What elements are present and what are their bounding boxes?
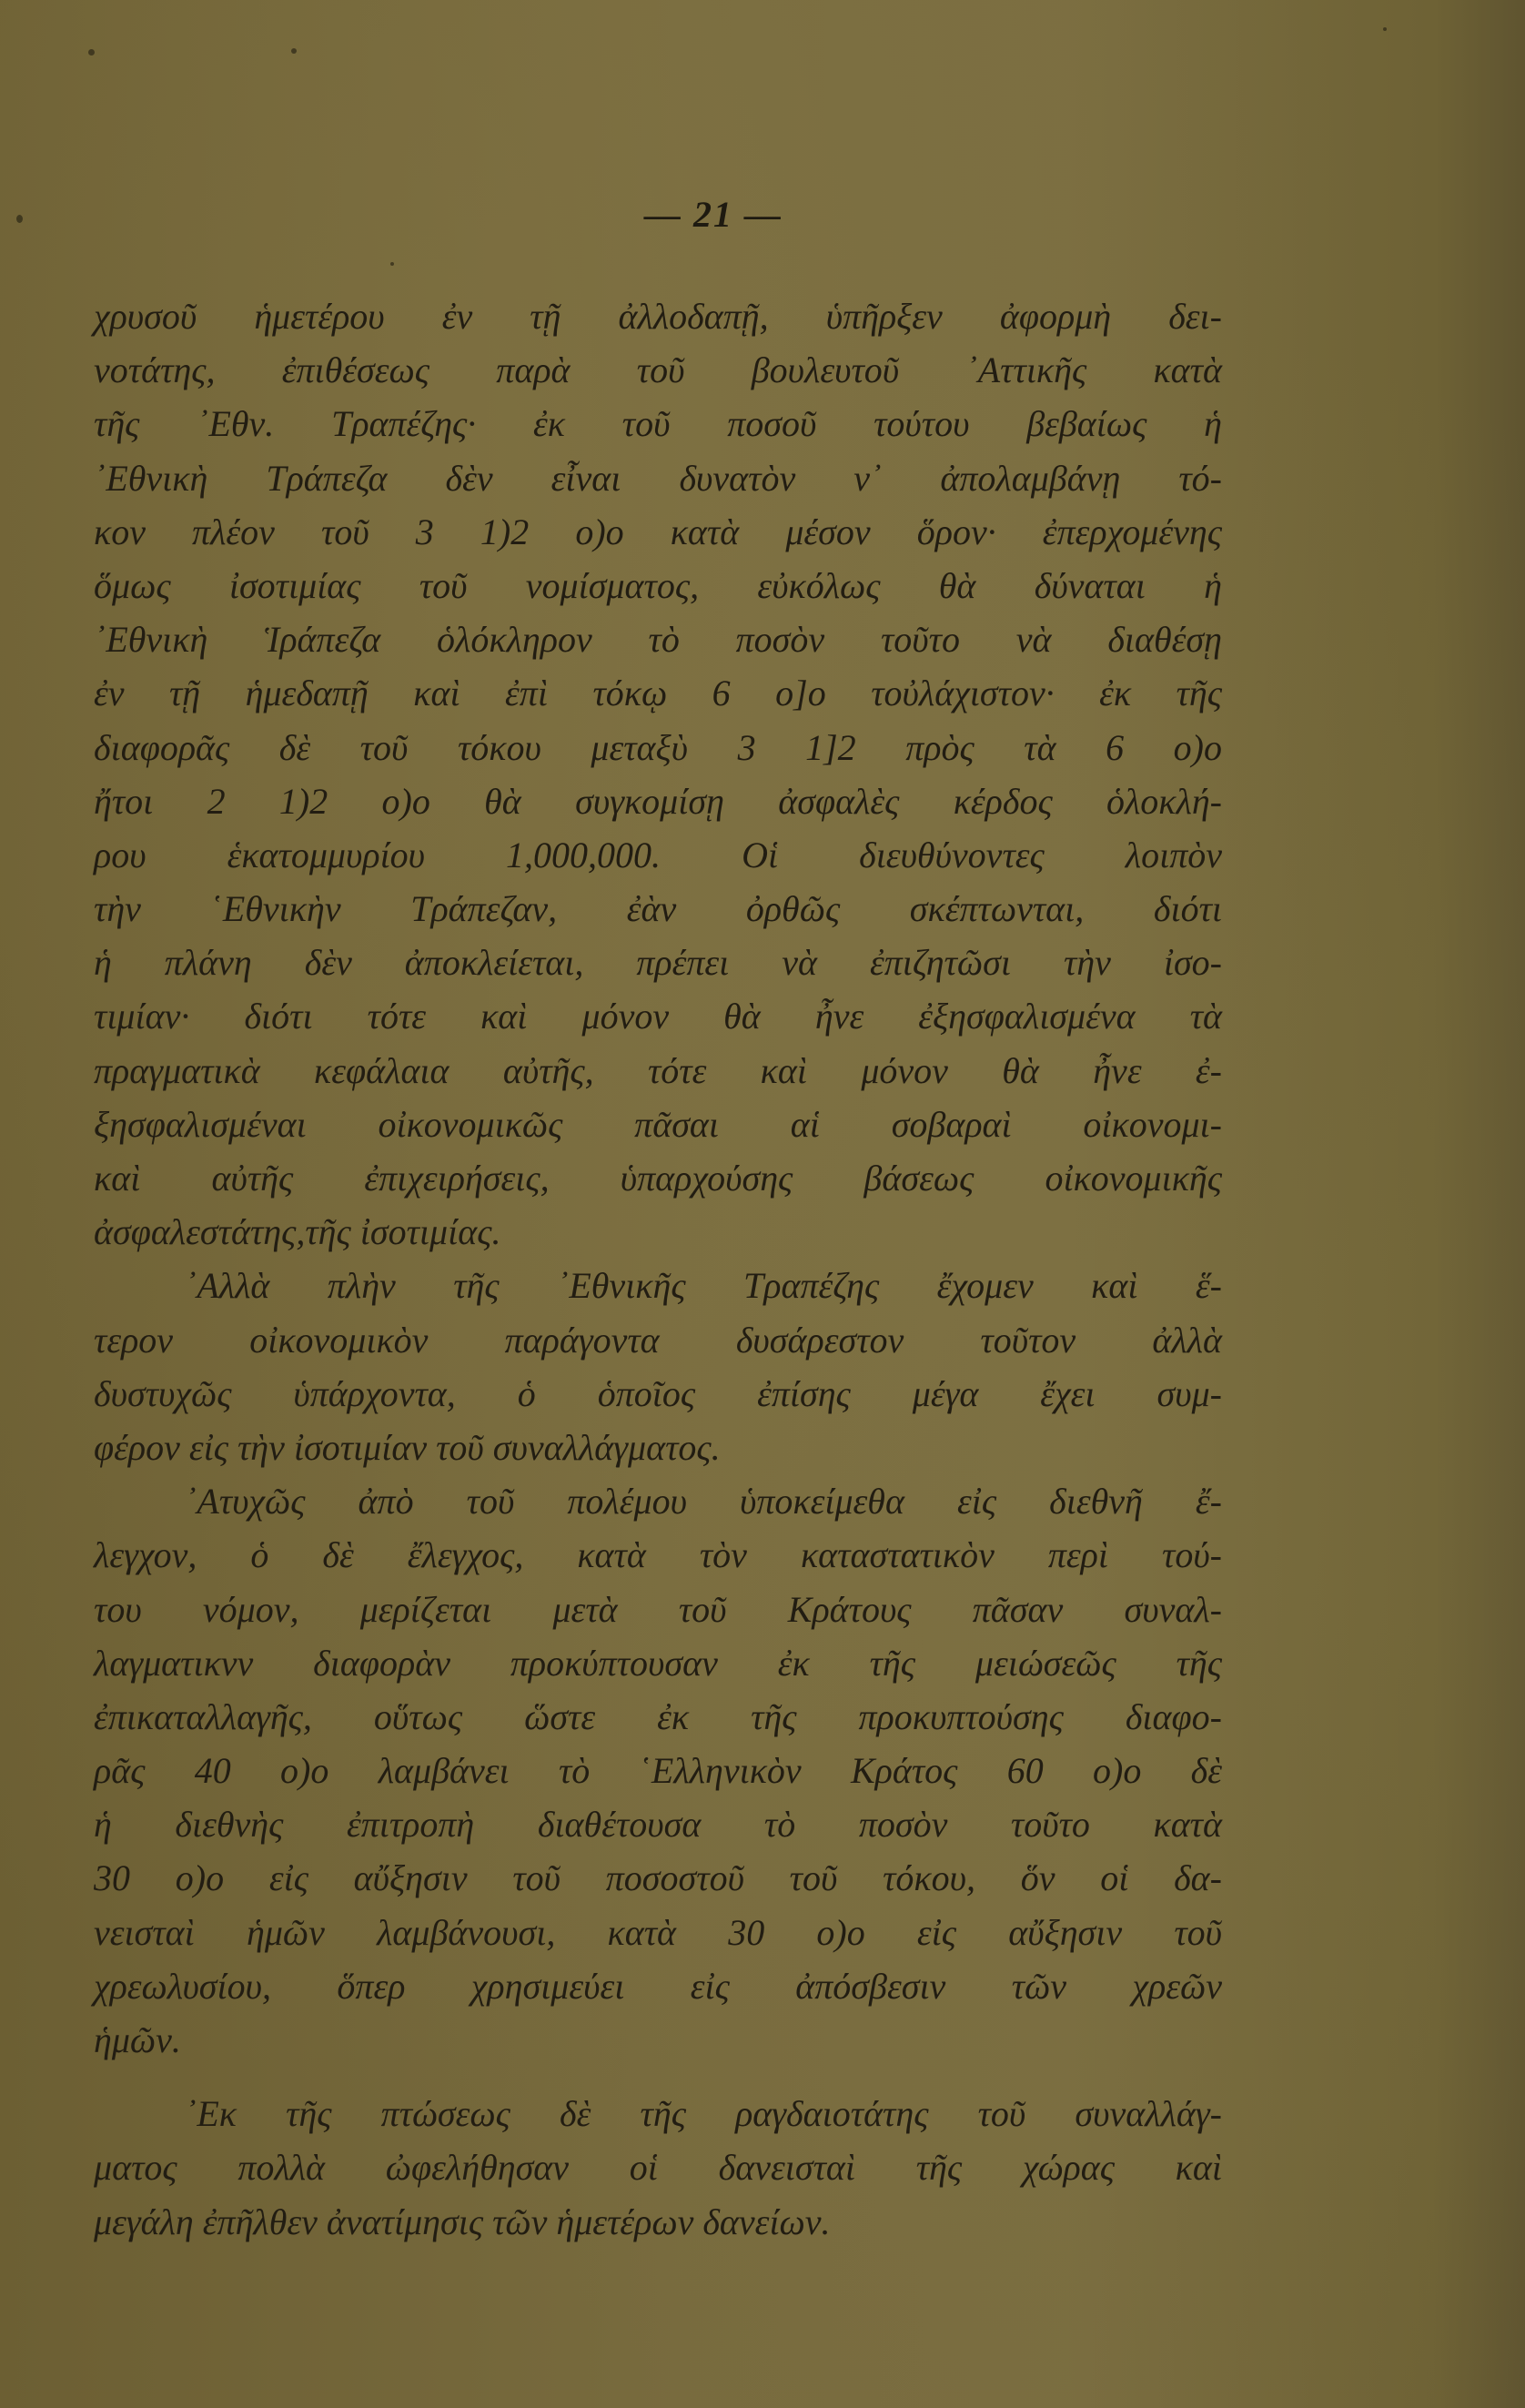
text-line: ἡμῶν. bbox=[94, 2013, 1222, 2067]
text-line: ᾿Ατυχῶς ἀπὸ τοῦ πολέμου ὑποκείμεθα εἰς δ… bbox=[94, 1474, 1222, 1528]
text-line: δυστυχῶς ὑπάρχοντα, ὁ ὁποῖος ἐπίσης μέγα… bbox=[94, 1367, 1222, 1421]
text-line: ἐπικαταλλαγῆς, οὕτως ὥστε ἐκ τῆς προκυπτ… bbox=[94, 1690, 1222, 1744]
text-line: ρᾶς 40 ο)ο λαμβάνει τὸ ῾Ελληνικὸν Κράτος… bbox=[94, 1744, 1222, 1797]
text-line: λεγχον, ὁ δὲ ἔλεγχος, κατὰ τὸν καταστατι… bbox=[94, 1528, 1222, 1582]
text-line: τὴν ῾Εθνικὴν Τράπεζαν, ἐὰν ὀρθῶς σκέπτων… bbox=[94, 882, 1222, 936]
text-line: ἤτοι 2 1)2 ο)ο θὰ συγκομίσῃ ἀσφαλὲς κέρδ… bbox=[94, 774, 1222, 828]
page-number: — 21 — bbox=[0, 193, 1427, 236]
text-line: ᾿Εθνικὴ Ἱράπεζα ὁλόκληρον τὸ ποσὸν τοῦτο… bbox=[94, 612, 1222, 666]
text-line: ρου ἑκατομμυρίου 1,000,000. Οἱ διευθύνον… bbox=[94, 828, 1222, 882]
text-line: κον πλέον τοῦ 3 1)2 ο)ο κατὰ μέσον ὅρον·… bbox=[94, 505, 1222, 559]
paragraph-2: ᾿Αλλὰ πλὴν τῆς ᾿Εθνικῆς Τραπέζης ἔχομεν … bbox=[94, 1259, 1222, 1474]
paragraph-3: ᾿Ατυχῶς ἀπὸ τοῦ πολέμου ὑποκείμεθα εἰς δ… bbox=[94, 1474, 1222, 2067]
text-line: νοτάτης, ἐπιθέσεως παρὰ τοῦ βουλευτοῦ ᾿Α… bbox=[94, 343, 1222, 397]
text-line: 30 ο)ο εἰς αὔξησιν τοῦ ποσοστοῦ τοῦ τόκο… bbox=[94, 1851, 1222, 1905]
text-line: ὅμως ἰσοτιμίας τοῦ νομίσματος, εὐκόλως θ… bbox=[94, 559, 1222, 612]
paper-speck bbox=[390, 262, 394, 266]
text-line: ξησφαλισμέναι οἰκονομικῶς πᾶσαι αἱ σοβαρ… bbox=[94, 1098, 1222, 1151]
text-line: μεγάλη ἐπῆλθεν ἀνατίμησις τῶν ἡμετέρων δ… bbox=[94, 2195, 1222, 2249]
text-line: χρυσοῦ ἡμετέρου ἐν τῇ ἀλλοδαπῇ, ὑπῆρξεν … bbox=[94, 289, 1222, 343]
text-line: νεισταὶ ἡμῶν λαμβάνουσι, κατὰ 30 ο)ο εἰς… bbox=[94, 1906, 1222, 1959]
paragraph-4: ᾿Εκ τῆς πτώσεως δὲ τῆς ραγδαιοτάτης τοῦ … bbox=[94, 2087, 1222, 2249]
text-line: τῆς ᾿Εθν. Τραπέζης· ἐκ τοῦ ποσοῦ τούτου … bbox=[94, 397, 1222, 450]
text-line: ἀσφαλεστάτης,τῆς ἰσοτιμίας. bbox=[94, 1205, 1222, 1259]
text-line: ἡ διεθνὴς ἐπιτροπὴ διαθέτουσα τὸ ποσὸν τ… bbox=[94, 1797, 1222, 1851]
text-line: πραγματικὰ κεφάλαια αὐτῆς, τότε καὶ μόνο… bbox=[94, 1044, 1222, 1098]
text-line: ᾿Αλλὰ πλὴν τῆς ᾿Εθνικῆς Τραπέζης ἔχομεν … bbox=[94, 1259, 1222, 1312]
text-line: λαγματικνν διαφορὰν προκύπτουσαν ἐκ τῆς … bbox=[94, 1636, 1222, 1690]
scanned-book-page: — 21 — χρυσοῦ ἡμετέρου ἐν τῇ ἀλλοδαπῇ, ὑ… bbox=[0, 0, 1525, 2408]
paper-speck bbox=[88, 49, 95, 56]
text-line: ἐν τῇ ἡμεδαπῇ καὶ ἐπὶ τόκῳ 6 ο]ο τοὐλάχι… bbox=[94, 666, 1222, 720]
text-line: φέρον εἰς τὴν ἰσοτιμίαν τοῦ συναλλάγματο… bbox=[94, 1421, 1222, 1474]
text-line: χρεωλυσίου, ὅπερ χρησιμεύει εἰς ἀπόσβεσι… bbox=[94, 1959, 1222, 2013]
text-line: διαφορᾶς δὲ τοῦ τόκου μεταξὺ 3 1]2 πρὸς … bbox=[94, 721, 1222, 774]
text-line: καὶ αὐτῆς ἐπιχειρήσεις, ὑπαρχούσης βάσεω… bbox=[94, 1151, 1222, 1205]
text-line: ᾿Εκ τῆς πτώσεως δὲ τῆς ραγδαιοτάτης τοῦ … bbox=[94, 2087, 1222, 2140]
text-line: ἡ πλάνη δὲν ἀποκλείεται, πρέπει νὰ ἐπιζη… bbox=[94, 936, 1222, 989]
text-line: ματος πολλὰ ὠφελήθησαν οἱ δανεισταὶ τῆς … bbox=[94, 2140, 1222, 2194]
body-text: χρυσοῦ ἡμετέρου ἐν τῇ ἀλλοδαπῇ, ὑπῆρξεν … bbox=[94, 289, 1222, 2249]
text-line: τιμίαν· διότι τότε καὶ μόνον θὰ ἦνε ἐξησ… bbox=[94, 989, 1222, 1043]
text-line: ᾿Εθνικὴ Τράπεζα δὲν εἶναι δυνατὸν ν᾿ ἀπο… bbox=[94, 451, 1222, 505]
text-line: τερον οἰκονομικὸν παράγοντα δυσάρεστον τ… bbox=[94, 1313, 1222, 1367]
text-line: του νόμον, μερίζεται μετὰ τοῦ Κράτους πᾶ… bbox=[94, 1583, 1222, 1636]
paper-speck bbox=[291, 48, 297, 54]
paper-speck bbox=[1383, 27, 1387, 31]
paragraph-1: χρυσοῦ ἡμετέρου ἐν τῇ ἀλλοδαπῇ, ὑπῆρξεν … bbox=[94, 289, 1222, 1259]
